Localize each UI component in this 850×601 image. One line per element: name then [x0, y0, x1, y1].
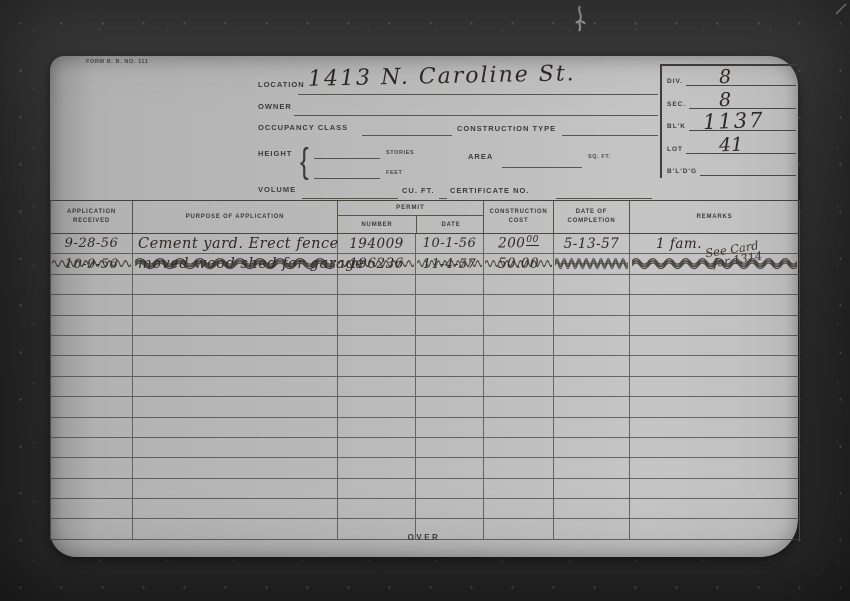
owner-underline — [294, 115, 658, 116]
table-cell — [133, 336, 338, 355]
table-cell — [133, 458, 338, 477]
construction-type-underline — [562, 135, 658, 136]
table-cell — [416, 295, 484, 314]
table-cell — [133, 418, 338, 437]
permit-record-card: FORM B. B. NO. 111 LOCATION 1413 N. Caro… — [50, 56, 798, 557]
table-cell — [338, 397, 416, 416]
volume-label: VOLUME — [258, 185, 296, 194]
cuft-label: CU. FT. — [402, 186, 434, 195]
table-row: 10-9-56moved wood shed for garage1962361… — [51, 254, 799, 274]
table-cell: 10-1-56 — [416, 234, 484, 253]
table-cell — [338, 438, 416, 457]
table-cell — [554, 458, 630, 477]
table-row — [51, 316, 799, 336]
table-row — [51, 499, 799, 519]
table-row — [51, 458, 799, 478]
cell-value: 1 fam. — [656, 236, 702, 252]
table-cell — [554, 316, 630, 335]
table-cell — [630, 377, 799, 396]
table-cell: 9-28-56 — [51, 234, 133, 253]
location-underline — [298, 94, 658, 95]
table-row — [51, 438, 799, 458]
owner-label: OWNER — [258, 102, 292, 111]
header-permit-number: NUMBER — [338, 216, 416, 233]
table-cell — [630, 418, 799, 437]
table-cell — [338, 418, 416, 437]
table-cell — [484, 295, 554, 314]
table-cell — [416, 377, 484, 396]
table-cell — [51, 438, 133, 457]
table-cell — [51, 275, 133, 294]
table-cell — [338, 356, 416, 375]
table-cell — [416, 438, 484, 457]
cell-value: 20000 — [498, 235, 539, 252]
parcel-row: SEC.8 — [662, 88, 798, 110]
table-cell — [51, 336, 133, 355]
height-brace: { — [300, 140, 309, 182]
cell-value: 11-4-57 — [423, 257, 477, 272]
table-cell — [416, 397, 484, 416]
table-cell — [416, 499, 484, 518]
area-underline — [502, 167, 582, 168]
header-construction-cost: CONSTRUCTION COST — [484, 201, 554, 233]
cell-value: Cement yard. Erect fence — [138, 236, 339, 252]
table-cell — [484, 275, 554, 294]
cell-value: 10-1-56 — [423, 236, 477, 251]
parcel-row: B'L'D'G — [662, 156, 798, 178]
parcel-label: BL'K — [662, 123, 686, 133]
parcel-row: BL'K1137 — [662, 111, 798, 133]
table-row — [51, 356, 799, 376]
table-cell — [484, 397, 554, 416]
table-cell — [133, 499, 338, 518]
table-cell — [484, 418, 554, 437]
table-row — [51, 479, 799, 499]
table-cell — [338, 499, 416, 518]
parcel-row: LOT41 — [662, 133, 798, 155]
header-date-of-completion: DATE OF COMPLETION — [554, 201, 630, 233]
feet-label: FEET — [386, 170, 402, 176]
table-row — [51, 377, 799, 397]
table-cell — [484, 316, 554, 335]
table-cell: 11-4-57 — [416, 254, 484, 273]
table-cell — [416, 479, 484, 498]
table-cell — [133, 479, 338, 498]
table-cell — [554, 295, 630, 314]
table-cell — [338, 458, 416, 477]
header-remarks: REMARKS — [630, 201, 799, 233]
cell-value: 196236 — [349, 256, 404, 272]
table-cell — [416, 458, 484, 477]
table-cell — [338, 275, 416, 294]
table-cell — [133, 377, 338, 396]
cell-value: 10-9-56 — [65, 257, 119, 272]
location-value: 1413 N. Caroline St. — [308, 61, 576, 92]
parcel-label: LOT — [662, 146, 683, 156]
table-cell — [133, 275, 338, 294]
header-application-received: APPLICATION RECEIVED — [51, 201, 133, 233]
table-cell — [133, 356, 338, 375]
parcel-value: 8 — [719, 89, 732, 111]
table-cell — [554, 479, 630, 498]
parcel-value: 41 — [719, 133, 744, 156]
header-purpose: PURPOSE OF APPLICATION — [133, 201, 338, 233]
table-cell — [51, 377, 133, 396]
table-cell — [484, 336, 554, 355]
table-cell — [416, 418, 484, 437]
table-cell — [484, 438, 554, 457]
table-cell — [554, 275, 630, 294]
table-cell — [630, 356, 799, 375]
certificate-underline — [556, 198, 652, 199]
table-cell — [51, 356, 133, 375]
table-cell — [338, 295, 416, 314]
certificate-label: CERTIFICATE NO. — [450, 186, 529, 195]
header-cost-line1: CONSTRUCTION — [490, 208, 548, 217]
table-cell — [133, 295, 338, 314]
cell-value: 5-13-57 — [564, 236, 620, 252]
table-row — [51, 295, 799, 315]
table-cell — [51, 418, 133, 437]
table-cell — [554, 356, 630, 375]
table-row — [51, 336, 799, 356]
table-cell — [630, 275, 799, 294]
height-label: HEIGHT — [258, 149, 292, 158]
parcel-row: DIV.8 — [662, 66, 798, 88]
occupancy-class-label: OCCUPANCY CLASS — [258, 123, 348, 132]
parcel-underline — [700, 175, 796, 176]
stray-scratch-icon — [834, 2, 848, 16]
table-cell — [630, 499, 799, 518]
table-cell — [51, 295, 133, 314]
parcel-box: DIV.8SEC.8BL'K1137LOT41B'L'D'G — [660, 64, 798, 178]
parcel-value: 8 — [719, 66, 732, 88]
table-cell: 194009 — [338, 234, 416, 253]
cell-superscript: 00 — [526, 235, 538, 246]
table-cell — [484, 377, 554, 396]
table-cell — [416, 356, 484, 375]
table-cell — [630, 458, 799, 477]
table-cell — [51, 458, 133, 477]
permit-table: APPLICATION RECEIVED PURPOSE OF APPLICAT… — [50, 200, 800, 540]
table-cell — [338, 479, 416, 498]
table-cell — [554, 397, 630, 416]
table-cell — [484, 458, 554, 477]
table-cell — [416, 316, 484, 335]
table-cell — [554, 418, 630, 437]
header-remarks-label: REMARKS — [697, 213, 733, 222]
table-cell — [416, 336, 484, 355]
header-application-line1: APPLICATION — [67, 208, 116, 217]
table-cell — [554, 254, 630, 273]
header-permit-label: PERMIT — [338, 201, 483, 216]
header-purpose-label: PURPOSE OF APPLICATION — [186, 213, 285, 222]
table-cell — [554, 377, 630, 396]
header-application-line2: RECEIVED — [73, 217, 110, 226]
scribble-strike-mark — [555, 257, 629, 270]
table-cell — [51, 479, 133, 498]
header-completion-line1: DATE OF — [576, 208, 608, 217]
area-label: AREA — [468, 152, 493, 161]
cell-value: 50.00 — [498, 256, 539, 272]
table-row — [51, 275, 799, 295]
header-cost-line2: COST — [509, 217, 529, 226]
table-cell — [630, 336, 799, 355]
construction-type-label: CONSTRUCTION TYPE — [457, 124, 556, 133]
table-cell — [630, 295, 799, 314]
cell-value: moved wood shed for garage — [138, 256, 364, 272]
cell-value: 9-28-56 — [65, 236, 119, 251]
table-body: 9-28-56Cement yard. Erect fence19400910-… — [51, 234, 799, 540]
certificate-dash — [439, 198, 447, 199]
header-permit-group: PERMIT NUMBER DATE — [338, 201, 484, 233]
occupancy-underline — [362, 135, 452, 136]
sqft-label: SQ. FT. — [588, 154, 611, 160]
table-cell — [630, 479, 799, 498]
table-cell — [554, 499, 630, 518]
parcel-label: SEC. — [662, 101, 686, 111]
table-row — [51, 397, 799, 417]
table-cell: 20000 — [484, 234, 554, 253]
table-cell — [484, 479, 554, 498]
table-cell — [554, 438, 630, 457]
feet-underline — [314, 178, 380, 179]
table-cell: 5-13-57 — [554, 234, 630, 253]
header-permit-date: DATE — [416, 216, 485, 233]
table-cell: 10-9-56 — [51, 254, 133, 273]
table-cell — [338, 377, 416, 396]
table-cell: 196236 — [338, 254, 416, 273]
table-cell — [338, 316, 416, 335]
parcel-value: 1137 — [702, 108, 764, 134]
table-cell — [133, 316, 338, 335]
table-cell: 50.00 — [484, 254, 554, 273]
table-cell — [484, 356, 554, 375]
table-cell — [630, 316, 799, 335]
form-number: FORM B. B. NO. 111 — [86, 59, 148, 65]
table-cell: Cement yard. Erect fence — [133, 234, 338, 253]
table-cell: moved wood shed for garage — [133, 254, 338, 273]
stories-label: STORIES — [386, 150, 414, 156]
stray-ink-mark-icon — [570, 4, 590, 38]
stories-underline — [314, 158, 380, 159]
table-cell — [416, 275, 484, 294]
table-header-row: APPLICATION RECEIVED PURPOSE OF APPLICAT… — [51, 201, 799, 234]
table-cell — [630, 438, 799, 457]
table-cell — [630, 397, 799, 416]
table-cell — [554, 336, 630, 355]
table-cell — [338, 336, 416, 355]
parcel-label: DIV. — [662, 78, 683, 88]
header-completion-line2: COMPLETION — [568, 217, 616, 226]
table-cell — [484, 499, 554, 518]
table-row — [51, 418, 799, 438]
parcel-underline — [686, 85, 796, 86]
table-cell — [133, 397, 338, 416]
table-cell — [51, 316, 133, 335]
table-cell — [51, 397, 133, 416]
table-cell — [51, 499, 133, 518]
cell-value: 194009 — [349, 236, 404, 252]
table-row: 9-28-56Cement yard. Erect fence19400910-… — [51, 234, 799, 254]
parcel-label: B'L'D'G — [662, 168, 697, 178]
table-cell — [133, 438, 338, 457]
location-label: LOCATION — [258, 80, 305, 89]
over-label: OVER — [50, 533, 798, 542]
volume-underline — [302, 198, 398, 199]
scanned-permit-card-photo: FORM B. B. NO. 111 LOCATION 1413 N. Caro… — [0, 0, 850, 601]
